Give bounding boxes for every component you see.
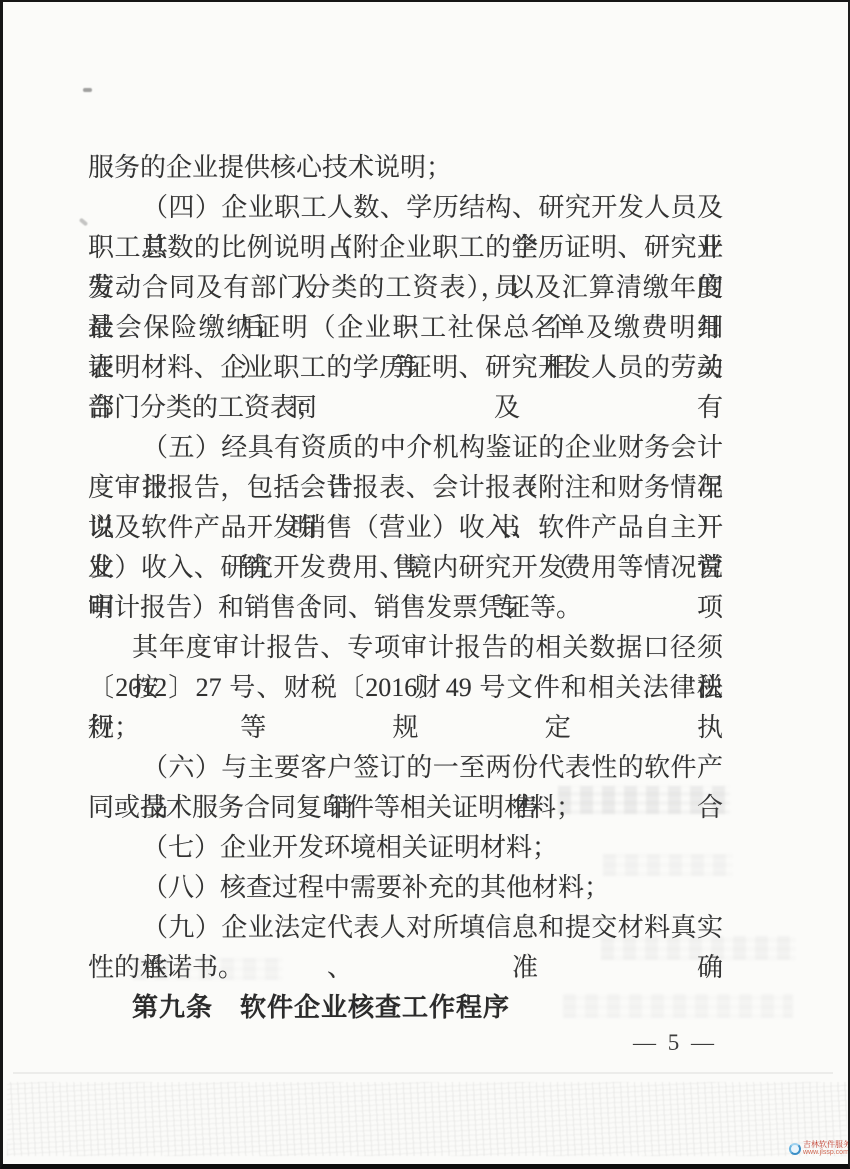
- bleed-through-artifact: [601, 936, 796, 960]
- text-line: 以及软件产品开发销售（营业）收入、软件产品自主开发销售（营: [88, 508, 723, 548]
- item-4-start: （四）企业职工人数、学历结构、研究开发人员及其占企业: [88, 188, 723, 228]
- scan-noise-band: [7, 1082, 847, 1156]
- watermark-site-url: www.jlssp.com.cn: [803, 1149, 850, 1156]
- scan-streak-artifact: [13, 1072, 833, 1074]
- scanned-document-page: 服务的企业提供核心技术说明； （四）企业职工人数、学历结构、研究开发人员及其占企…: [0, 0, 850, 1169]
- bleed-through-artifact: [558, 786, 730, 814]
- stray-mark: [79, 218, 88, 227]
- text-line: 业）收入、研究开发费用、境内研究开发费用等情况说明（专项: [88, 548, 723, 588]
- item-6-start: （六）与主要客户签订的一至两份代表性的软件产品销售合: [88, 748, 723, 788]
- watermark-swirl-logo-icon: [789, 1143, 801, 1155]
- watermark-site-name: 吉林软件服务平台: [803, 1141, 850, 1149]
- document-body: 服务的企业提供核心技术说明； （四）企业职工人数、学历结构、研究开发人员及其占企…: [88, 148, 723, 1028]
- bleed-through-artifact: [603, 854, 733, 876]
- bleed-through-artifact: [563, 994, 793, 1018]
- paragraph-start: 其年度审计报告、专项审计报告的相关数据口径须按财税: [88, 628, 723, 668]
- page-number: — 5 —: [633, 1030, 717, 1056]
- item-5-start: （五）经具有资质的中介机构鉴证的企业财务会计报告（年: [88, 428, 723, 468]
- text-line: 社会保险缴纳证明（企业职工社保总名单及缴费明细表）等相关: [88, 308, 723, 348]
- text-line: 证明材料、企业职工的学历证明、研究开发人员的劳动合同及有: [88, 348, 723, 388]
- text-line: 职工总数的比例说明（附企业职工的学历证明、研究开发人员的: [88, 228, 723, 268]
- text-line: 〔2012〕27 号、财税〔2016〕49 号文件和相关法律法规等规定执: [88, 668, 723, 708]
- text-line: 度审计报告，包括会计报表、会计报表附注和财务情况说明书）: [88, 468, 723, 508]
- text-line: 劳动合同及有部门分类的工资表），以及汇算清缴年度最后一个月: [88, 268, 723, 308]
- site-watermark: 吉林软件服务平台 www.jlssp.com.cn: [789, 1141, 850, 1157]
- watermark-text: 吉林软件服务平台 www.jlssp.com.cn: [803, 1141, 850, 1157]
- bleed-through-artifact: [133, 958, 283, 980]
- text-line: 服务的企业提供核心技术说明；: [88, 148, 723, 188]
- stray-mark: [83, 88, 92, 92]
